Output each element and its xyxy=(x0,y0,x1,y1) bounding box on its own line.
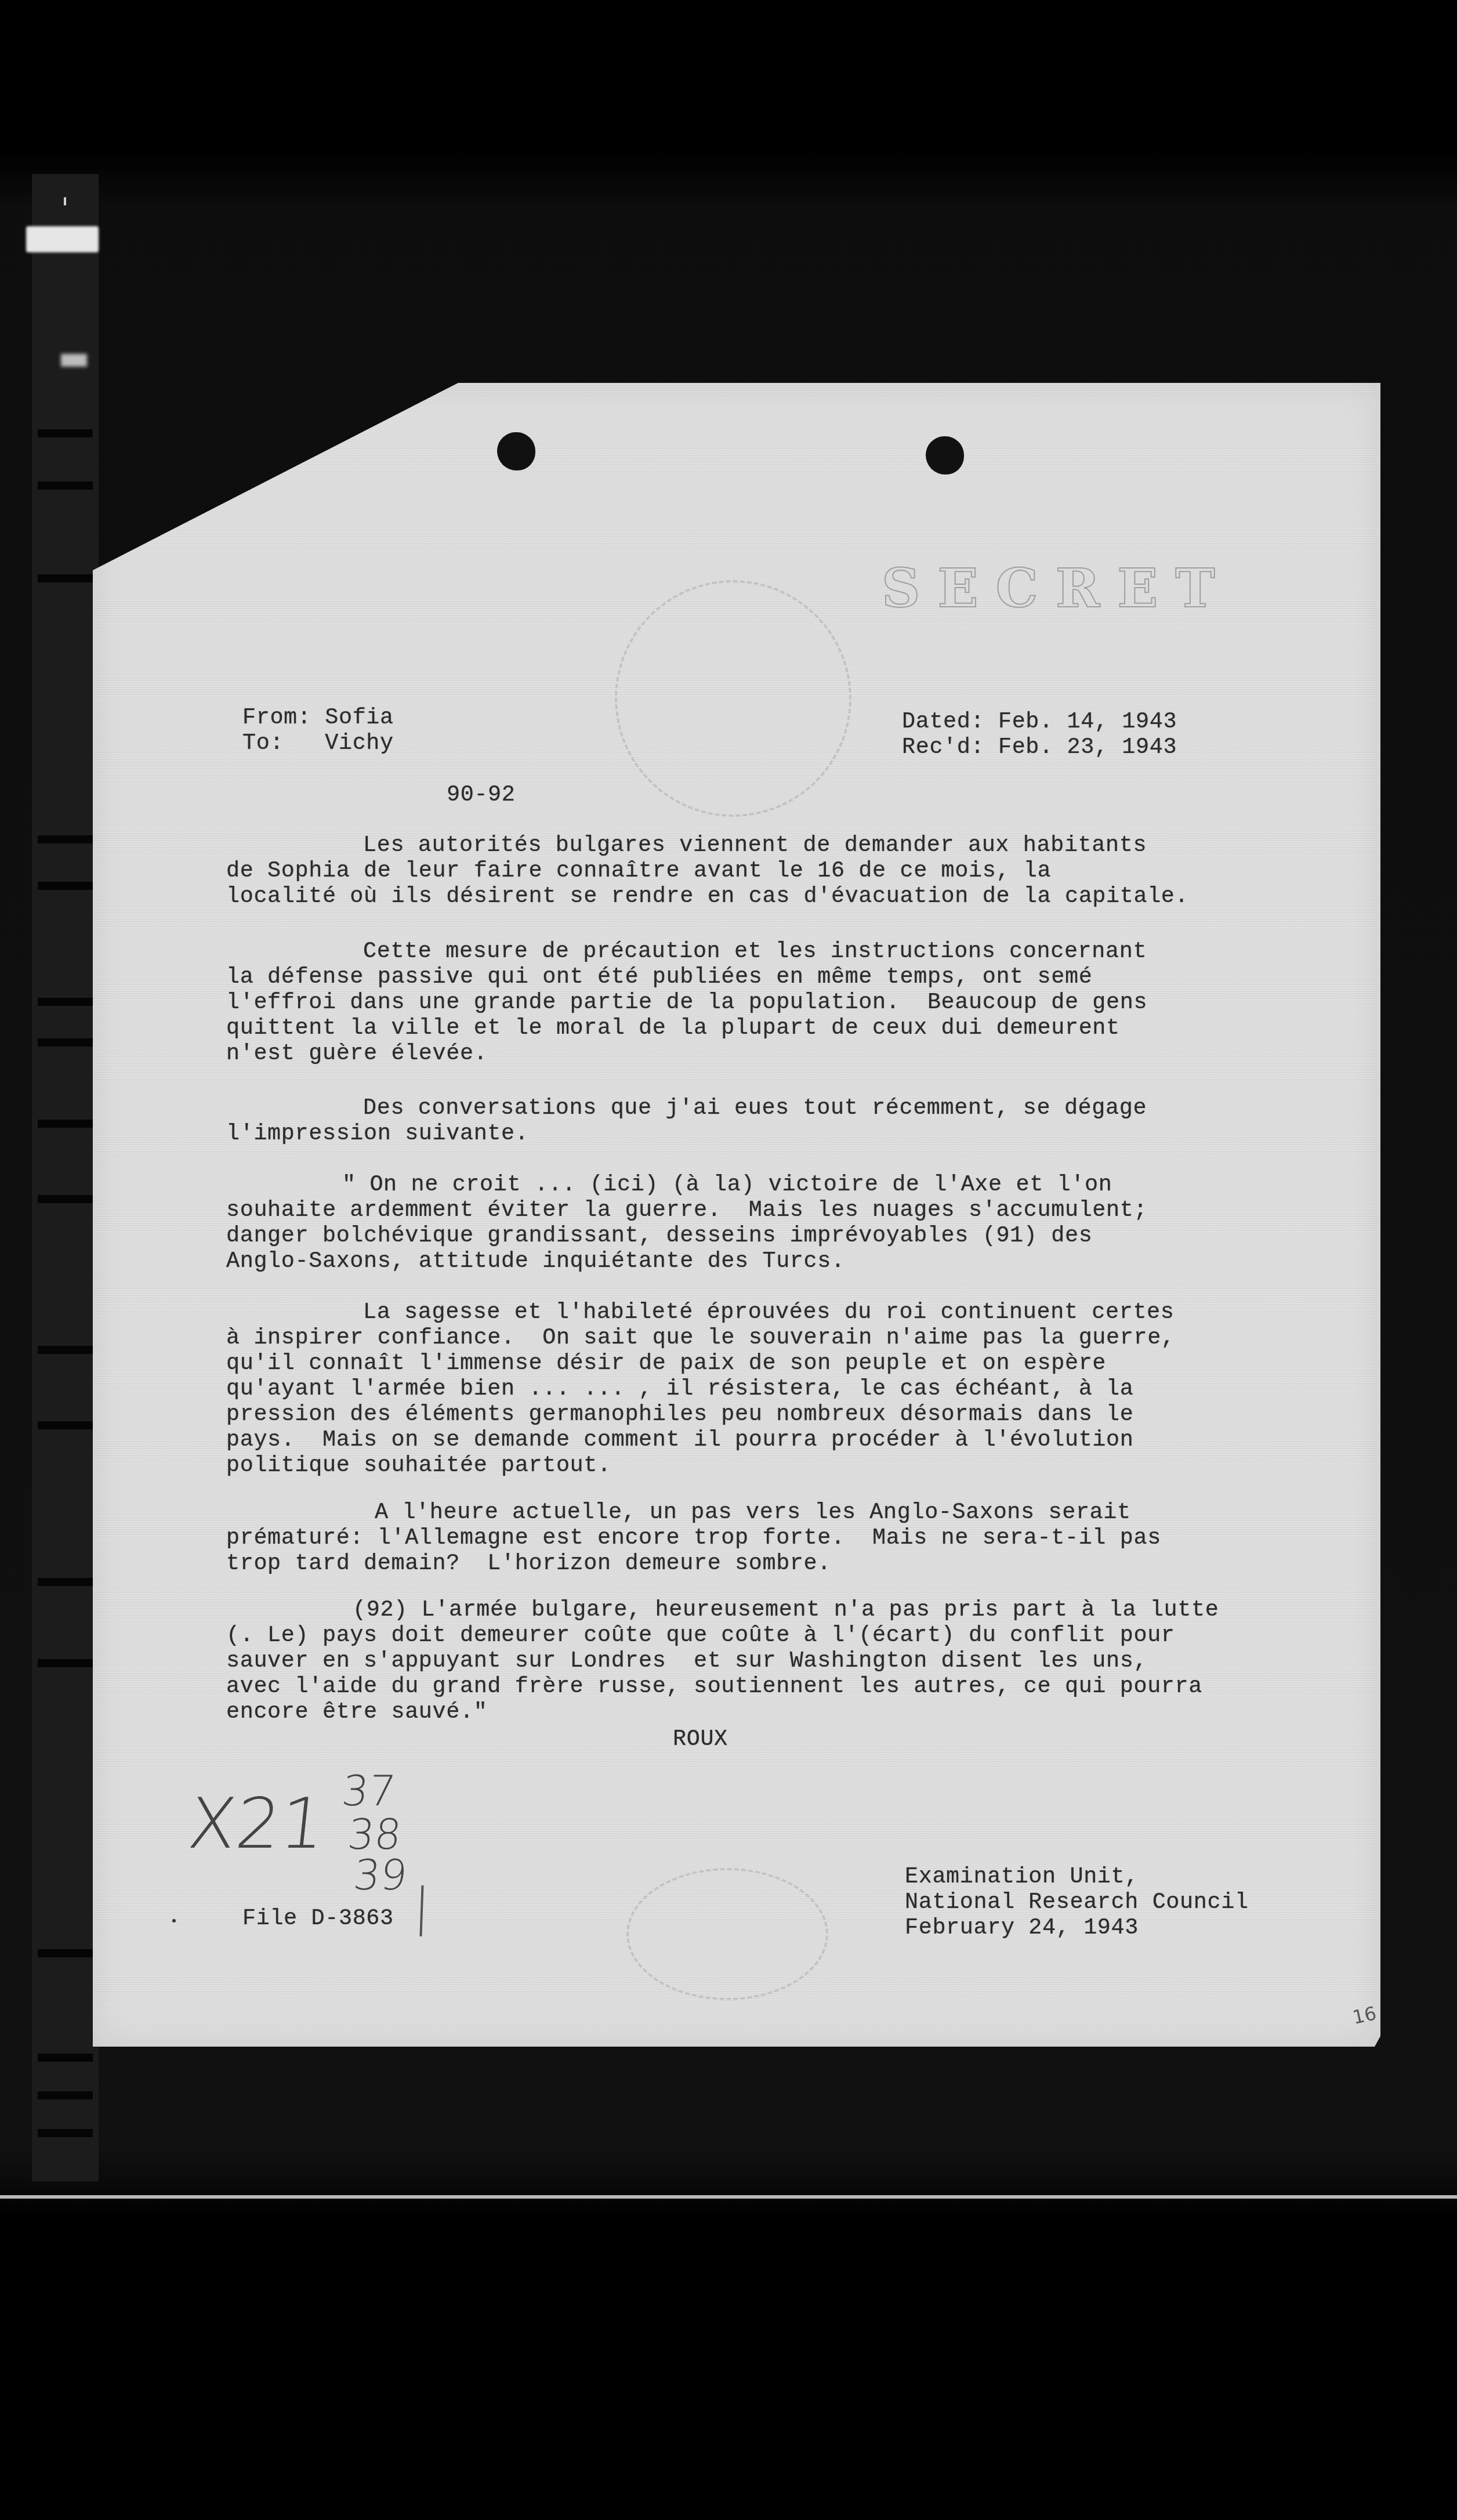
paragraph-line: souhaite ardemment éviter la guerre. Mai… xyxy=(226,1197,1147,1223)
film-leader-mark xyxy=(61,354,87,367)
film-leader-tick xyxy=(64,197,66,205)
handwritten-number: 37 xyxy=(340,1766,398,1815)
paragraph-line: l'effroi dans une grande partie de la po… xyxy=(226,990,1147,1015)
examination-unit-block: Examination Unit, National Research Coun… xyxy=(905,1864,1249,1940)
recd-value: Feb. 23, 1943 xyxy=(998,734,1177,760)
film-edge xyxy=(0,2195,1457,2199)
to-value: Vichy xyxy=(325,730,394,756)
paragraph-line: encore être sauvé." xyxy=(226,1699,1219,1725)
footer-line: February 24, 1943 xyxy=(905,1915,1249,1940)
message-numbers: 90-92 xyxy=(447,782,516,808)
paragraph-quote: " On ne croit ... (ici) (à la) victoire … xyxy=(226,1172,1147,1274)
to-label: To: xyxy=(242,730,284,756)
paragraph-line: " On ne croit ... (ici) (à la) victoire … xyxy=(226,1172,1147,1197)
paragraph-line: n'est guère élevée. xyxy=(226,1041,1147,1066)
film-band xyxy=(38,1195,93,1203)
paragraph-3: Des conversations que j'ai eues tout réc… xyxy=(226,1095,1147,1146)
recd-label: Rec'd: xyxy=(902,734,984,760)
film-band xyxy=(38,481,93,490)
paragraph-line: A l'heure actuelle, un pas vers les Angl… xyxy=(226,1500,1161,1525)
film-band xyxy=(38,1949,93,1957)
ink-dot xyxy=(172,1919,176,1922)
film-leader-highlight xyxy=(26,226,99,252)
header-from: From: Sofia xyxy=(242,705,394,730)
from-label: From: xyxy=(242,705,311,730)
footer-line: National Research Council xyxy=(905,1889,1249,1915)
punch-hole-left xyxy=(497,432,535,470)
paragraph-line: qu'il connaît l'immense désir de paix de… xyxy=(226,1350,1175,1376)
paragraph-2: Cette mesure de précaution et les instru… xyxy=(226,939,1147,1066)
paragraph-line: Cette mesure de précaution et les instru… xyxy=(226,939,1147,964)
secret-stamp: SECRET xyxy=(882,557,1233,620)
signature: ROUX xyxy=(673,1726,728,1752)
paragraph-7: (92) L'armée bulgare, heureusement n'a p… xyxy=(226,1597,1219,1725)
paragraph-line: à inspirer confiance. On sait que le sou… xyxy=(226,1325,1175,1350)
paragraph-line: Anglo-Saxons, attitude inquiétante des T… xyxy=(226,1248,1147,1274)
page-corner-mark: 16 xyxy=(1350,2002,1378,2029)
film-band xyxy=(38,2129,93,2137)
dated-label: Dated: xyxy=(902,709,984,734)
paragraph-line: danger bolchévique grandissant, desseins… xyxy=(226,1223,1147,1248)
film-band xyxy=(38,1421,93,1429)
film-band xyxy=(38,998,93,1006)
paragraph-line: la défense passive qui ont été publiées … xyxy=(226,964,1147,990)
paragraph-line: La sagesse et l'habileté éprouvées du ro… xyxy=(226,1299,1175,1325)
film-band xyxy=(38,882,93,890)
paragraph-line: (. Le) pays doit demeurer coûte que coût… xyxy=(226,1623,1219,1648)
paragraph-line: sauver en s'appuyant sur Londres et sur … xyxy=(226,1648,1219,1674)
paragraph-line: politique souhaitée partout. xyxy=(226,1453,1175,1478)
handwritten-bracket xyxy=(419,1885,423,1936)
film-band xyxy=(38,1038,93,1047)
paragraph-line: pression des éléments germanophiles peu … xyxy=(226,1402,1175,1427)
film-band xyxy=(38,2054,93,2062)
header-to: To: Vichy xyxy=(242,730,394,756)
paragraph-line: de Sophia de leur faire connaître avant … xyxy=(226,858,1188,884)
paragraph-line: qu'ayant l'armée bien ... ... , il résis… xyxy=(226,1376,1175,1402)
punch-hole-right xyxy=(926,436,964,475)
file-reference: File D-3863 xyxy=(242,1906,394,1931)
film-band xyxy=(38,2091,93,2099)
paragraph-line: prématuré: l'Allemagne est encore trop f… xyxy=(226,1525,1161,1551)
film-band xyxy=(38,429,93,437)
handwritten-number: 39 xyxy=(351,1851,409,1899)
paragraph-line: trop tard demain? L'horizon demeure somb… xyxy=(226,1551,1161,1576)
paragraph-line: pays. Mais on se demande comment il pour… xyxy=(226,1427,1175,1453)
film-leader-strip xyxy=(32,174,99,2181)
paragraph-line: localité où ils désirent se rendre en ca… xyxy=(226,884,1188,909)
handwritten-prefix: X21 xyxy=(184,1784,329,1864)
paragraph-line: l'impression suivante. xyxy=(226,1121,1147,1146)
paragraph-1: Les autorités bulgares viennent de deman… xyxy=(226,832,1188,909)
paragraph-line: avec l'aide du grand frère russe, soutie… xyxy=(226,1674,1219,1699)
faded-seal-stamp xyxy=(615,580,851,817)
dated-value: Feb. 14, 1943 xyxy=(998,709,1177,734)
film-band xyxy=(38,1578,93,1586)
faded-seal-stamp-lower xyxy=(626,1868,828,2000)
film-band xyxy=(38,1659,93,1667)
film-band xyxy=(38,574,93,582)
paragraph-line: (92) L'armée bulgare, heureusement n'a p… xyxy=(226,1597,1219,1623)
document-page: SECRET From: Sofia To: Vichy Dated: Feb.… xyxy=(93,383,1380,2047)
film-band xyxy=(38,1346,93,1354)
paragraph-line: Les autorités bulgares viennent de deman… xyxy=(226,832,1188,858)
film-band xyxy=(38,835,93,843)
footer-line: Examination Unit, xyxy=(905,1864,1249,1889)
header-dated: Dated: Feb. 14, 1943 xyxy=(902,709,1177,734)
paragraph-line: quittent la ville et le moral de la plup… xyxy=(226,1015,1147,1041)
film-band xyxy=(38,1120,93,1128)
from-value: Sofia xyxy=(325,705,394,730)
paragraph-6: A l'heure actuelle, un pas vers les Angl… xyxy=(226,1500,1161,1576)
paragraph-line: Des conversations que j'ai eues tout réc… xyxy=(226,1095,1147,1121)
header-received: Rec'd: Feb. 23, 1943 xyxy=(902,734,1177,760)
paragraph-5: La sagesse et l'habileté éprouvées du ro… xyxy=(226,1299,1175,1478)
